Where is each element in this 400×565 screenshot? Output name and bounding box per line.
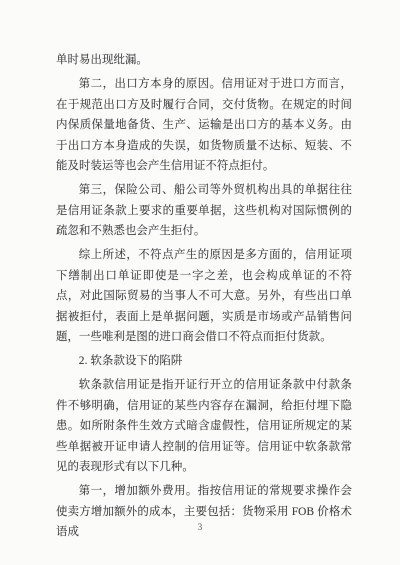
- paragraph-continuation: 单时易出现纰漏。: [56, 50, 352, 71]
- section-heading: 2. 软条款设下的陷阱: [56, 351, 352, 372]
- paragraph: 第一，增加额外费用。指按信用证的常规要求操作会使卖方增加额外的成本，主要包括：货…: [56, 481, 352, 543]
- text-block: 单时易出现纰漏。 第二，出口方本身的原因。信用证对于进口方而言，在于规范出口方及…: [56, 50, 352, 543]
- document-page: 单时易出现纰漏。 第二，出口方本身的原因。信用证对于进口方而言，在于规范出口方及…: [0, 0, 400, 565]
- page-number: 3: [0, 522, 400, 532]
- paragraph: 综上所述，不符点产生的原因是多方面的，信用证项下缮制出口单证即使是一字之差，也会…: [56, 245, 352, 348]
- paragraph: 第二，出口方本身的原因。信用证对于进口方而言，在于规范出口方及时履行合同，交付货…: [56, 74, 352, 177]
- paragraph: 软条款信用证是指开证行开立的信用证条款中付款条件不够明确，信用证的某些内容存在漏…: [56, 375, 352, 478]
- paragraph: 第三，保险公司、船公司等外贸机构出具的单据往往是信用证条款上要求的重要单据，这些…: [56, 180, 352, 242]
